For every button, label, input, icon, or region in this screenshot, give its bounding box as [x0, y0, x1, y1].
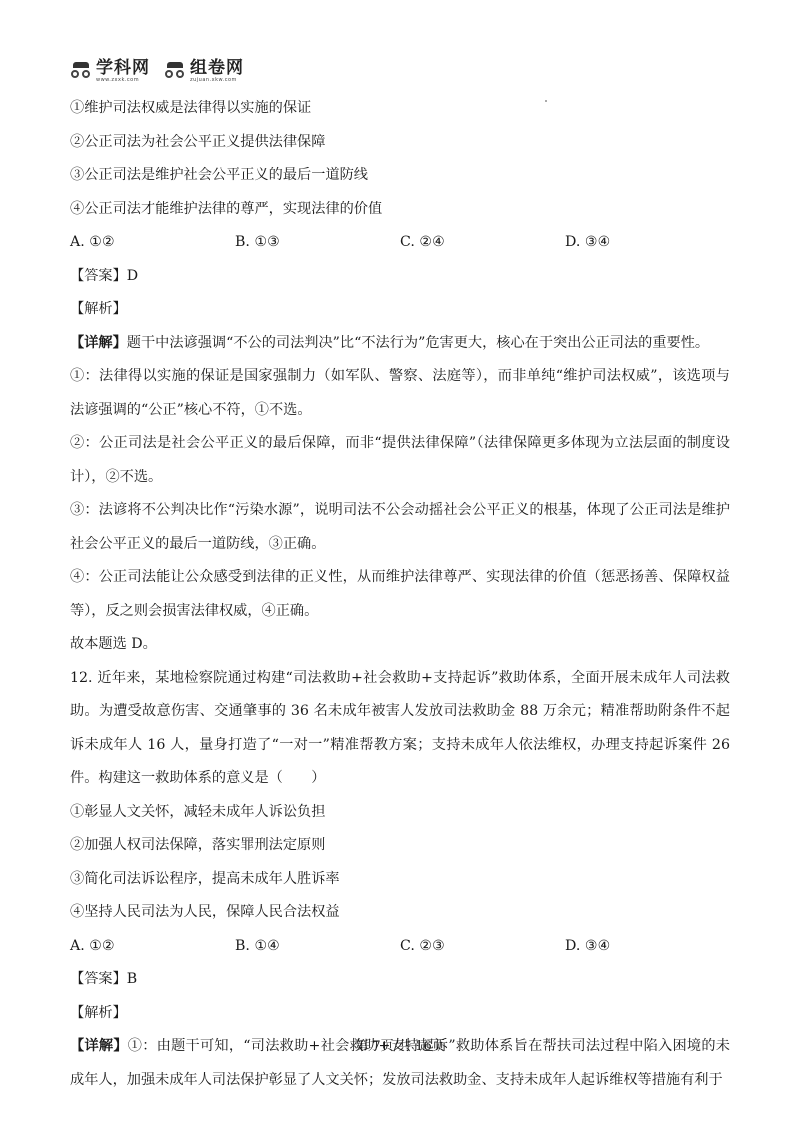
q12-answer: 【答案】B	[70, 963, 730, 997]
owl-icon	[164, 62, 186, 82]
answer-value: D	[127, 268, 138, 284]
detail-label: 【详解】	[70, 335, 127, 351]
q12-statement-1: ①彰显人文关怀，减轻未成年人诉讼负担	[70, 796, 730, 830]
q12-stem: 12. 近年来，某地检察院通过构建“司法救助+社会救助+支持起诉”救助体系，全面…	[70, 662, 730, 796]
q12-statement-4: ④坚持人民司法为人民，保障人民合法权益	[70, 896, 730, 930]
q11-option-a: A. ①②	[70, 226, 235, 260]
logo-zxxk: 学科网 www.zxxk.com	[70, 60, 150, 83]
q12-statement-3: ③简化司法诉讼程序，提高未成年人胜诉率	[70, 863, 730, 897]
detail-text: 题干中法谚强调“不公的司法判决”比“不法行为”危害更大，核心在于突出公正司法的重…	[127, 335, 709, 351]
q11-statement-4: ④公正司法才能维护法律的尊严，实现法律的价值	[70, 193, 730, 227]
q11-statement-1: ①维护司法权威是法律得以实施的保证	[70, 92, 730, 126]
q11-analysis-label: 【解析】	[70, 293, 730, 327]
logo-name: 组卷网	[190, 60, 244, 77]
q11-detail-1: ①：法律得以实施的保证是国家强制力（如军队、警察、法庭等），而非单纯“维护司法权…	[70, 360, 730, 427]
answer-label: 【答案】	[70, 971, 127, 987]
answer-label: 【答案】	[70, 268, 127, 284]
q12-option-c: C. ②③	[400, 930, 565, 964]
owl-icon	[70, 62, 92, 82]
q11-option-c: C. ②④	[400, 226, 565, 260]
logo-zujuan: 组卷网 zujuan.xkw.com	[164, 60, 244, 83]
q12-option-d: D. ③④	[565, 930, 730, 964]
answer-value: B	[127, 971, 137, 987]
header-logos: 学科网 www.zxxk.com 组卷网 zujuan.xkw.com	[70, 60, 244, 83]
q11-detail-3: ③：法谚将不公判决比作“污染水源”，说明司法不公会动摇社会公平正义的根基，体现了…	[70, 494, 730, 561]
q11-detail-2: ②：公正司法是社会公平正义的最后保障，而非“提供法律保障”（法律保障更多体现为立…	[70, 427, 730, 494]
logo-url: zujuan.xkw.com	[190, 78, 244, 83]
q12-statement-2: ②加强人权司法保障，落实罪刑法定原则	[70, 829, 730, 863]
q11-statement-3: ③公正司法是维护社会公平正义的最后一道防线	[70, 159, 730, 193]
q11-option-d: D. ③④	[565, 226, 730, 260]
q11-detail-0: 【详解】题干中法谚强调“不公的司法判决”比“不法行为”危害更大，核心在于突出公正…	[70, 327, 730, 361]
q11-option-b: B. ①③	[235, 226, 400, 260]
logo-url: www.zxxk.com	[96, 78, 150, 83]
q11-conclusion: 故本题选 D。	[70, 628, 730, 662]
q11-detail-4: ④：公正司法能让公众感受到法律的正义性，从而维护法律尊严、实现法律的价值（惩恶扬…	[70, 561, 730, 628]
q12-options: A. ①② B. ①④ C. ②③ D. ③④	[70, 930, 730, 964]
q12-analysis-label: 【解析】	[70, 997, 730, 1031]
q11-answer: 【答案】D	[70, 260, 730, 294]
q12-option-a: A. ①②	[70, 930, 235, 964]
q11-options: A. ①② B. ①③ C. ②④ D. ③④	[70, 226, 730, 260]
q12-option-b: B. ①④	[235, 930, 400, 964]
logo-name: 学科网	[96, 60, 150, 77]
document-body: ①维护司法权威是法律得以实施的保证 ②公正司法为社会公平正义提供法律保障 ③公正…	[70, 92, 730, 1097]
q11-statement-2: ②公正司法为社会公平正义提供法律保障	[70, 126, 730, 160]
page-number: 第 7页/共 16页	[0, 1035, 800, 1054]
